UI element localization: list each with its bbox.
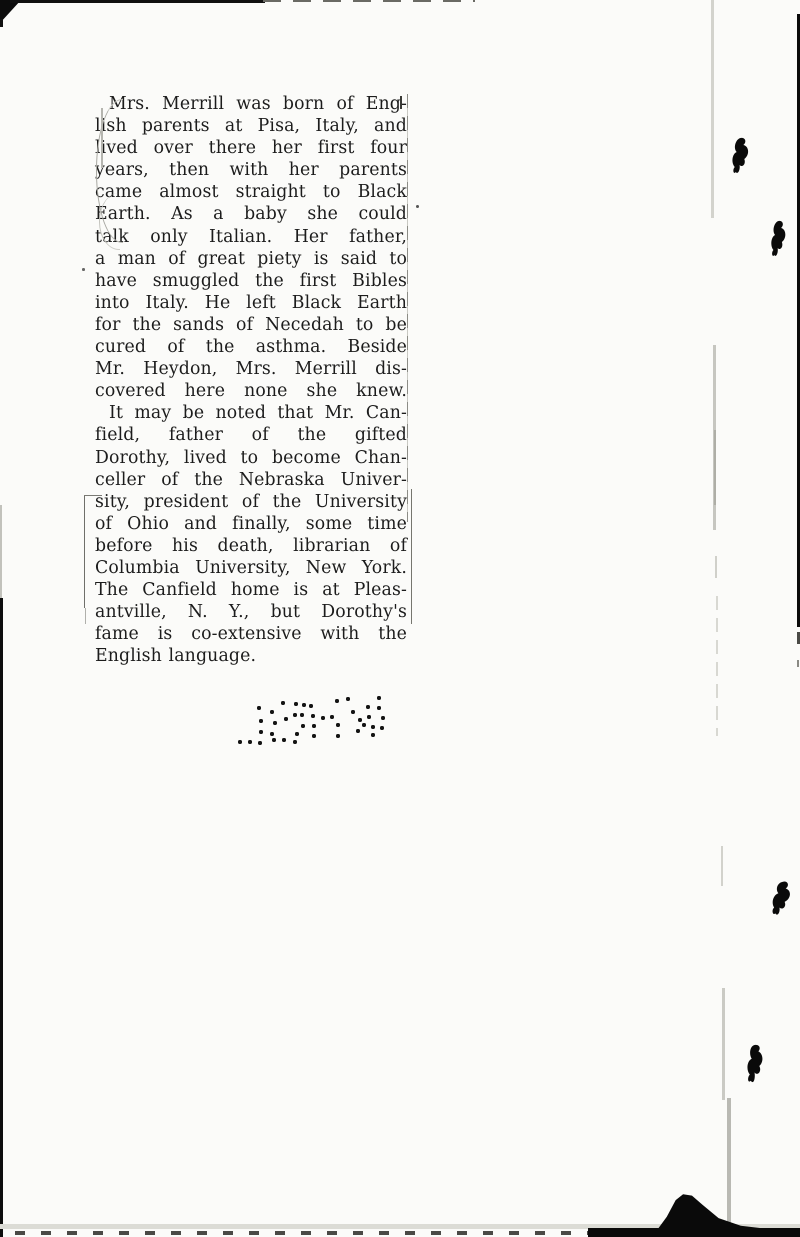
stamp-dot	[293, 713, 296, 716]
scan-corner-shadow	[0, 0, 21, 23]
ink-speck	[416, 205, 419, 208]
scan-right-edge-dash	[797, 632, 800, 644]
text-line: field, father of the gifted	[95, 424, 407, 446]
pen-box-top-line	[84, 495, 102, 496]
stamp-dot	[336, 723, 339, 726]
scan-left-edge-tick	[0, 19, 3, 27]
text-line: lived over there her first four	[95, 137, 407, 159]
stamp-dot	[381, 716, 384, 719]
clipping-right-edge-line	[407, 94, 408, 522]
stamp-dot	[258, 741, 261, 744]
text-line: of Ohio and finally, some time	[95, 513, 407, 535]
page-fold-line	[711, 0, 714, 218]
stamp-dot	[295, 732, 298, 735]
text-line: Dorothy, lived to become Chan-	[95, 447, 407, 469]
stamp-dot	[259, 719, 262, 722]
scan-bottom-edge-dashes	[15, 1231, 590, 1235]
text-line: Columbia University, New York.	[95, 557, 407, 579]
scanned-page: { "document_type": "scanned newspaper cl…	[0, 0, 800, 1237]
stamp-dot	[259, 730, 262, 733]
page-fold-line	[721, 846, 723, 886]
stamp-dot	[257, 706, 260, 709]
stamp-dot	[293, 740, 296, 743]
end-of-line-tick	[400, 96, 402, 109]
stamp-dot	[377, 706, 380, 709]
text-line: antville, N. Y., but Dorothy's	[95, 601, 407, 623]
clipping-text: Mrs. Merrill was born of Eng-lish parent…	[95, 93, 407, 667]
stamp-dot	[300, 713, 303, 716]
page-fold-line	[727, 1098, 731, 1228]
stamp-dot	[248, 740, 251, 743]
stamp-dot	[238, 740, 241, 743]
text-line: Mrs. Merrill was born of Eng-	[95, 93, 407, 115]
pen-box-left-line	[84, 495, 85, 608]
stamp-dot	[380, 726, 383, 729]
text-line: came almost straight to Black	[95, 181, 407, 203]
stamp-dot	[351, 710, 354, 713]
text-line: English language.	[95, 645, 407, 667]
scan-right-edge-dash	[797, 660, 799, 667]
scan-top-edge-line	[10, 0, 265, 3]
text-line: into Italy. He left Black Earth	[95, 292, 407, 314]
text-line: have smuggled the first Bibles	[95, 270, 407, 292]
clipping-left-edge-line	[101, 108, 103, 168]
text-line: Earth. As a baby she could	[95, 203, 407, 225]
text-line: covered here none she knew.	[95, 380, 407, 402]
stamp-dot	[358, 718, 361, 721]
stamp-dot	[311, 714, 314, 717]
stamp-dot	[312, 734, 315, 737]
text-line: sity, president of the University	[95, 491, 407, 513]
stamp-dot	[336, 734, 339, 737]
stamp-dot	[273, 721, 276, 724]
page-fold-line	[715, 556, 717, 578]
text-line: celler of the Nebraska Univer-	[95, 469, 407, 491]
stamp-dot	[270, 732, 273, 735]
stamp-dot	[366, 705, 369, 708]
stamp-dot	[362, 723, 365, 726]
text-line: for the sands of Necedah to be	[95, 314, 407, 336]
stamp-dot	[272, 738, 275, 741]
pen-box-right-line	[411, 489, 413, 624]
scan-right-edge-line	[797, 14, 800, 627]
text-line: It may be noted that Mr. Can-	[95, 402, 407, 424]
text-line: talk only Italian. Her father,	[95, 226, 407, 248]
page-fold-line	[714, 430, 716, 505]
ink-blob	[771, 880, 792, 918]
text-line: cured of the asthma. Beside	[95, 336, 407, 358]
scan-top-edge-line-faint	[263, 0, 475, 2]
stamp-dot	[367, 715, 370, 718]
stamp-dot	[312, 724, 315, 727]
stamp-dot	[335, 699, 338, 702]
ink-blob	[746, 1044, 765, 1086]
ink-speck	[82, 268, 85, 271]
ink-blot-bottom-right	[652, 1192, 800, 1237]
stamp-dot	[321, 716, 324, 719]
stamp-dot	[270, 710, 273, 713]
text-line: Mr. Heydon, Mrs. Merrill dis-	[95, 358, 407, 380]
text-line: years, then with her parents	[95, 159, 407, 181]
stamp-dot	[281, 701, 284, 704]
stamp-dot	[371, 733, 374, 736]
stamp-dot	[346, 697, 349, 700]
stamp-dot	[356, 729, 359, 732]
ink-blob	[770, 220, 787, 260]
scan-left-edge-shadow	[0, 505, 2, 600]
newspaper-clipping: Mrs. Merrill was born of Eng-lish parent…	[95, 93, 407, 667]
stamp-dot	[309, 704, 312, 707]
text-line: a man of great piety is said to	[95, 248, 407, 270]
text-line: lish parents at Pisa, Italy, and	[95, 115, 407, 137]
pen-box-left-extension	[85, 608, 86, 624]
stamp-dot	[284, 717, 287, 720]
stamp-dot	[330, 715, 333, 718]
stamp-dot	[377, 696, 380, 699]
stamp-dot	[371, 725, 374, 728]
scan-left-edge-line	[0, 598, 3, 1237]
page-fold-line	[716, 596, 718, 736]
ink-blob	[731, 137, 750, 177]
text-line: fame is co-extensive with the	[95, 623, 407, 645]
text-line: The Canfield home is at Pleas-	[95, 579, 407, 601]
text-line: before his death, librarian of	[95, 535, 407, 557]
stamp-dot	[294, 702, 297, 705]
stamp-dot	[302, 703, 305, 706]
page-fold-line	[722, 988, 725, 1100]
stamp-dot	[282, 738, 285, 741]
stamp-dot	[301, 724, 304, 727]
